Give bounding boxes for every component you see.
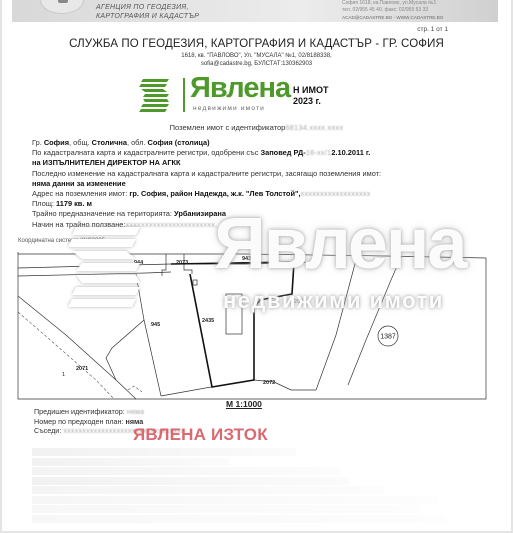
office-address: 1618, кв. "ПАВЛОВО", Ул. "МУСАЛА" №1, 02… — [2, 52, 511, 68]
parcel-943: 943 — [242, 256, 251, 262]
cadastral-map: 944 2073 943 935 945 2435 2072 2071 1 20… — [16, 240, 490, 400]
agency-contacts: София 1618, кв.Павлово, ул.Мусала №1 тел… — [342, 0, 443, 21]
agency-seal-icon — [40, 0, 84, 14]
map-scale: М 1:1000 — [226, 399, 262, 409]
issuer-line: на ИЗПЪЛНИТЕЛЕН ДИРЕКТОР НА АГКК — [32, 158, 502, 168]
parcel-944: 944 — [134, 260, 144, 266]
parcel-2072-bottom: 2072 — [263, 380, 275, 386]
office-title: СЛУЖБА ПО ГЕОДЕЗИЯ, КАРТОГРАФИЯ И КАДАСТ… — [2, 38, 511, 50]
parcel-2071: 2071 — [76, 366, 88, 372]
approval-line: По кадастралната карта и кадастралните р… — [32, 148, 502, 158]
parcel-2073: 2073 — [176, 260, 188, 266]
circled-marker-label: 1387 — [380, 334, 396, 341]
parcel-935: 935 — [86, 290, 95, 296]
parcel-1: 1 — [62, 372, 65, 378]
property-info: Гр. София, общ. Столична, обл. София (ст… — [32, 138, 502, 230]
agency-header-banner: Агенция по геодезия, картография и кадас… — [12, 0, 498, 22]
red-watermark: ЯВЛЕНА ИЗТОК — [133, 425, 268, 445]
yavlena-logo: Явлена недвижими имоти — [139, 76, 319, 120]
location-line: Гр. София, общ. Столична, обл. София (ст… — [32, 138, 502, 148]
identifier-line: Поземлен имот с идентификатор68134.xxxx.… — [2, 123, 511, 132]
document-year: 2023 г. — [293, 96, 321, 106]
parcel-945: 945 — [151, 322, 160, 328]
last-change-label: Последно изменение на кадастралната карт… — [32, 169, 502, 179]
last-change-value: няма данни за изменение — [32, 179, 502, 189]
logo-divider — [183, 78, 185, 112]
faded-content — [32, 448, 472, 524]
address-line: Адрес на поземления имот: гр. София, рай… — [32, 189, 502, 199]
logo-subtitle: недвижими имоти — [193, 105, 265, 112]
document-title: Н ИМОТ — [293, 85, 328, 95]
agency-name: Агенция по геодезия, картография и кадас… — [96, 3, 199, 21]
page-number: стр. 1 от 1 — [417, 26, 448, 33]
parcel-2435: 2435 — [202, 318, 214, 324]
area-line: Площ: 1179 кв. м — [32, 199, 502, 209]
purpose-line: Трайно предназначение на територията: Ур… — [32, 209, 502, 219]
identifier-redacted: 68134.xxxx.xxxx — [285, 123, 343, 132]
parcel-2072-right: 2072 — [294, 299, 306, 305]
previous-identifier: Предишен идентификатор: няма — [34, 407, 185, 417]
logo-word: Явлена — [190, 72, 290, 105]
yavlena-logo-mark-icon — [139, 78, 171, 112]
document-page: Агенция по геодезия, картография и кадас… — [2, 0, 511, 531]
usage-line: Начин на трайно ползване:xxxxxxxxxxxxxxx… — [32, 220, 502, 230]
